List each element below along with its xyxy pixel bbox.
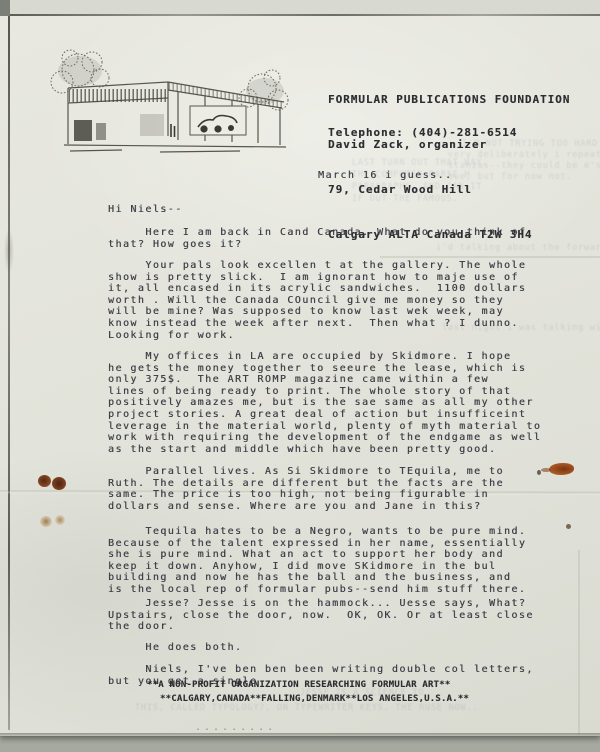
bleedthrough-text: THIS, CALLED TYPOLOGY?, ON TYPEWRITER KE… (135, 703, 478, 713)
letter-paragraph: He does both. (108, 642, 570, 654)
address-line-1: 79, Cedar Wood Hill (328, 182, 570, 197)
organizer-line: David Zack, organizer (328, 137, 570, 152)
letter-paragraph: My offices in LA are occupied by Skidmor… (108, 351, 570, 455)
salutation: Hi Niels-- (108, 204, 183, 216)
letter-photo: LAST TURN OUT THAT WAY. THE COMPUTER PAR… (0, 0, 600, 752)
letter-date: March 16 i guess.. (318, 170, 452, 182)
footer-line-1: **A NON-PROFIT ORGANIZATION RESEARCHING … (147, 680, 450, 690)
paper-top-strip (0, 0, 600, 14)
letter-paragraph: Jesse? Jesse is on the hammock... Uesse … (108, 598, 570, 633)
typed-dots: ......... (195, 722, 276, 733)
letter-paragraph: Tequila hates to be a Negro, wants to be… (108, 526, 570, 596)
letter-paragraph: Here I am back in Cand Canada. What do y… (108, 227, 570, 250)
top-edge-crease (6, 14, 600, 16)
building-illustration (40, 44, 292, 166)
footer-line-2: **CALGARY,CANADA**FALLING,DENMARK**LOS A… (160, 694, 469, 704)
left-edge-crease (8, 14, 10, 730)
photo-corner-shadow (0, 0, 10, 16)
paper-bottom-edge (0, 733, 600, 737)
org-name: FORMULAR PUBLICATIONS FOUNDATION (328, 92, 570, 107)
letter-paragraph: Parallel lives. As Si Skidmore to TEquil… (108, 466, 570, 512)
telephone-line: Telephone: (404)-281-6514 (328, 126, 517, 139)
letter-paragraph: Your pals look excellen t at the gallery… (108, 260, 570, 341)
